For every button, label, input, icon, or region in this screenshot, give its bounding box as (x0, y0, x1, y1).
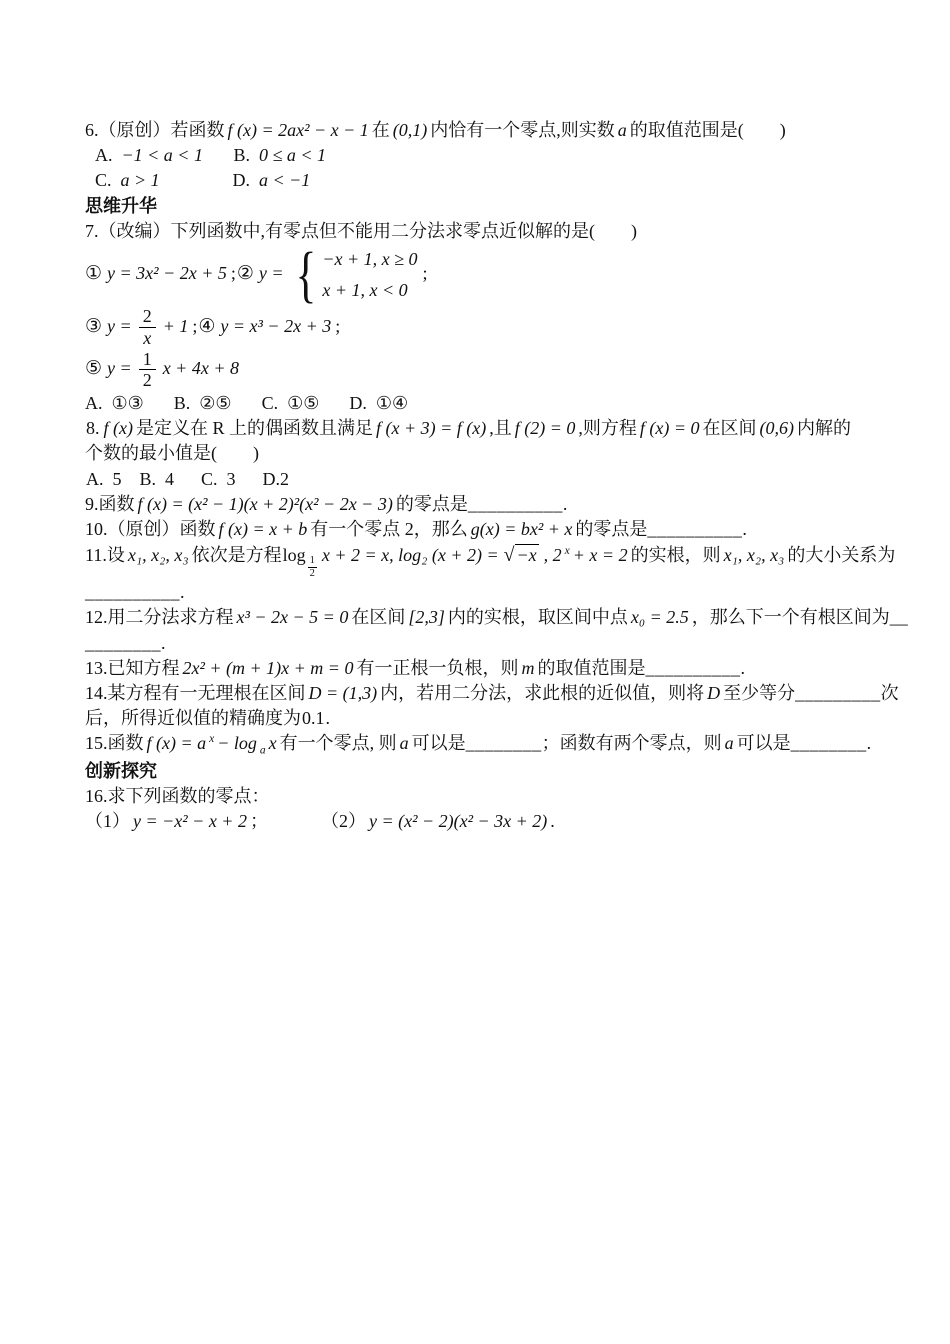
number-run: 8. (86, 418, 100, 438)
text-run: 的零点是 (396, 494, 468, 514)
exponent: x (209, 733, 214, 745)
question-16: 16.求下列函数的零点： (85, 784, 920, 809)
text-run: 6.（原创）若函数 (85, 120, 225, 140)
text-run: 的取值范围是 (537, 658, 645, 678)
text-run: 在区间 (703, 418, 757, 438)
math-run: x (269, 733, 277, 753)
math-run: x₀ = 2.5 (631, 607, 689, 627)
question-8-options: A. 5 B. 4 C. 3 D.2 (85, 467, 920, 492)
math-run: x + 2 = x, log₂ (x + 2) = (322, 545, 499, 565)
text-run: 的实根，则 (631, 545, 721, 565)
math-run: y = (107, 358, 132, 378)
numerator: 2 (139, 306, 156, 328)
text-run: 13.已知方程 (85, 658, 180, 678)
q7-formula-line-1: ①y = 3x² − 2x + 5;②y ={−x + 1, x ≥ 0x + … (85, 244, 920, 306)
text-run: 次 (881, 683, 899, 703)
separator: ; (422, 263, 427, 283)
option-value: a < −1 (259, 168, 371, 193)
math-run: m (521, 658, 534, 678)
option-value: ②⑤ (199, 393, 231, 413)
separator: ； (250, 811, 268, 831)
radical-sign: √ (504, 544, 515, 566)
text-run: ，那么下一个有根区间为__ (692, 607, 908, 627)
option-label: C. (262, 393, 279, 413)
option-label: B. (174, 393, 191, 413)
text-run: ,且 (489, 418, 512, 438)
q7-formula-line-3: ⑤y =12x + 4x + 8 (85, 349, 920, 391)
text-run: . (326, 708, 331, 728)
text-run: 15.函数 (85, 733, 144, 753)
question-10: 10.（原创）函数f (x) = x + b有一个零点 2，那么g(x) = b… (85, 517, 920, 542)
separator: ; (192, 316, 197, 336)
option-label: C. (95, 170, 112, 190)
text-run: . (740, 658, 745, 678)
subscript: a (260, 745, 266, 757)
text-run: 7.（改编）下列函数中,有零点但不能用二分法求零点近似解的是( ) (85, 221, 637, 241)
answer-blank: __________ (647, 519, 742, 539)
text-run: 可以是 (412, 733, 466, 753)
document-page: 6.（原创）若函数f (x) = 2ax² − x − 1在(0,1)内恰有一个… (0, 0, 950, 1344)
math-run: y = x³ − 2x + 3 (220, 316, 331, 336)
option-label: D. (233, 170, 251, 190)
math-run: x + 4x + 8 (163, 358, 239, 378)
math-run: x₁, x₂, x₃ (724, 545, 785, 565)
question-12-line-1: 12.用二分法求方程x³ − 2x − 5 = 0在区间[2,3]内的实根，取区… (85, 605, 920, 630)
text-run: 9.函数 (85, 494, 135, 514)
item-label: （1） (85, 811, 130, 831)
answer-blank: __________ (468, 494, 563, 514)
question-7-options: A.①③B.②⑤C.①⑤D.①④ (85, 391, 920, 416)
math-run: y = 3x² − 2x + 5 (107, 263, 227, 283)
piecewise-function: {−x + 1, x ≥ 0x + 1, x < 0 (291, 244, 418, 306)
text-run: 后，所得近似值的精确度为 (85, 708, 301, 728)
log-operator: log (283, 545, 306, 565)
text-run: ,则方程 (578, 418, 637, 438)
option-value: 0 ≤ a < 1 (259, 143, 371, 168)
circled-number: ⑤ (85, 358, 102, 379)
text-run: . (563, 494, 568, 514)
math-run: [2,3] (408, 607, 445, 627)
option-label: A. (85, 393, 103, 413)
text-run: 个数的最小值是( ) (85, 443, 259, 463)
math-run: y = (107, 316, 132, 336)
option-value: −1 < a < 1 (122, 143, 234, 168)
denominator: 2 (308, 568, 317, 580)
text-run: 内的实根，取区间中点 (448, 607, 628, 627)
answer-blank: __________ (645, 658, 740, 678)
circled-number: ④ (198, 316, 215, 337)
question-15: 15.函数f (x) = ax− logax有一个零点, 则a可以是______… (85, 731, 920, 759)
text-run: 11.设 (85, 545, 125, 565)
math-run: f (x) = a (147, 733, 207, 753)
question-11-line-1: 11.设x₁, x₂, x₃依次是方程log12x + 2 = x, log₂ … (85, 542, 920, 580)
circled-number: ② (237, 263, 254, 284)
text-run: 的取值范围是( ) (630, 120, 786, 140)
math-run: f (x) = x + b (219, 519, 308, 539)
question-6: 6.（原创）若函数f (x) = 2ax² − x − 1在(0,1)内恰有一个… (85, 118, 920, 143)
text-run: 有一正根一负根，则 (356, 658, 518, 678)
denominator: x (139, 328, 156, 349)
answer-blank: _________ (795, 683, 881, 703)
text-run: . (867, 733, 872, 753)
answer-blank: ________ (791, 733, 867, 753)
option-label: B. (234, 145, 251, 165)
math-run: g(x) = bx² + x (471, 519, 573, 539)
text-run: 是定义在 R 上的偶函数且满足 (136, 418, 373, 438)
question-16-formulas: （1）y = −x² − x + 2；（2）y = (x² − 2)(x² − … (85, 809, 920, 834)
piecewise-rows: −x + 1, x ≥ 0x + 1, x < 0 (322, 244, 417, 306)
option-label: A. (95, 145, 113, 165)
circled-number: ③ (85, 316, 102, 337)
text-run: 的零点是 (575, 519, 647, 539)
question-14-line-1: 14.某方程有一无理根在区间D = (1,3)内，若用二分法，求此根的近似值，则… (85, 681, 920, 706)
text-run: 16.求下列函数的零点： (85, 786, 270, 806)
math-run: D = (1,3) (309, 683, 378, 703)
math-run: a (725, 733, 734, 753)
section-header-chuangxin: 创新探究 (85, 759, 920, 784)
left-brace: { (295, 249, 316, 302)
header-text: 思维升华 (85, 196, 157, 216)
denominator: 2 (139, 370, 156, 391)
log-base-fraction: 12 (308, 555, 317, 580)
text-run: ；函数有两个零点，则 (542, 733, 722, 753)
radicand: −x (515, 544, 539, 565)
math-run: a (400, 733, 409, 753)
answer-blank: ________. (85, 633, 166, 653)
text-run: 在区间 (351, 607, 405, 627)
fraction: 12 (139, 349, 156, 391)
item-label: （2） (330, 811, 366, 831)
text-run: 内恰有一个零点,则实数 (430, 120, 615, 140)
question-11-line-2: __________. (85, 580, 920, 605)
separator: . (550, 811, 555, 831)
question-7: 7.（改编）下列函数中,有零点但不能用二分法求零点近似解的是( ) (85, 219, 920, 244)
answer-blank: ________ (466, 733, 542, 753)
text-run: 在 (372, 120, 390, 140)
circled-number: ① (85, 263, 102, 284)
separator: ; (335, 316, 340, 336)
math-run: x³ − 2x − 5 = 0 (237, 607, 349, 627)
q7-formula-line-2: ③y =2x+ 1;④y = x³ − 2x + 3; (85, 306, 920, 348)
text-run: 可以是 (737, 733, 791, 753)
answer-blank: __________. (85, 582, 185, 602)
numerator: 1 (139, 349, 156, 371)
option-value: a > 1 (121, 168, 233, 193)
text-run: 14.某方程有一无理根在区间 (85, 683, 306, 703)
math-run: f (x) (104, 418, 133, 438)
question-9: 9.函数f (x) = (x² − 1)(x + 2)²(x² − 2x − 3… (85, 492, 920, 517)
math-run: y = (x² − 2)(x² − 3x + 2) (369, 811, 547, 831)
option-value: ①④ (376, 393, 408, 413)
math-run: + x = 2 (573, 545, 628, 565)
text-run: 的大小关系为 (787, 545, 895, 565)
text-run: 内解的 (797, 418, 851, 438)
option-value: ①⑤ (287, 393, 319, 413)
math-run: D (707, 683, 720, 703)
math-run: (0,1) (393, 120, 428, 140)
math-run: (0,6) (760, 418, 795, 438)
exponent: x (565, 545, 570, 557)
question-13: 13.已知方程2x² + (m + 1)x + m = 0有一正根一负根，则m的… (85, 656, 920, 681)
piecewise-row: x + 1, x < 0 (322, 275, 417, 306)
fraction: 2x (139, 306, 156, 348)
text-run: 至少等分 (723, 683, 795, 703)
separator: ; (231, 263, 236, 283)
question-14-line-2: 后，所得近似值的精确度为0.1. (85, 706, 920, 731)
question-6-options-cd: C.a > 1D.a < −1 (85, 168, 920, 193)
sqrt-expression: √−x (504, 545, 539, 565)
text-run: 有一个零点 2，那么 (310, 519, 468, 539)
question-8-line-1: 8.f (x)是定义在 R 上的偶函数且满足f (x + 3) = f (x),… (85, 416, 920, 441)
math-run: , 2 (544, 545, 562, 565)
question-12-line-2: ________. (85, 631, 920, 656)
text-run: 10.（原创）函数 (85, 519, 216, 539)
number-run: 0.1 (302, 708, 325, 728)
math-run: f (x) = 0 (640, 418, 700, 438)
math-run: + 1 (163, 316, 189, 336)
question-8-line-2: 个数的最小值是( ) (85, 441, 920, 466)
math-run: y = (259, 263, 284, 283)
math-run: f (x + 3) = f (x) (376, 418, 486, 438)
math-run: f (x) = 2ax² − x − 1 (228, 120, 369, 140)
question-6-options-ab: A.−1 < a < 1B.0 ≤ a < 1 (85, 143, 920, 168)
math-run: y = −x² − x + 2 (133, 811, 247, 831)
text-run: 12.用二分法求方程 (85, 607, 234, 627)
text-run: 依次是方程 (192, 545, 282, 565)
text-run: 内，若用二分法，求此根的近似值，则将 (380, 683, 704, 703)
math-run: f (2) = 0 (515, 418, 576, 438)
piecewise-row: −x + 1, x ≥ 0 (322, 244, 417, 275)
math-run: 2x² + (m + 1)x + m = 0 (183, 658, 354, 678)
text-run: . (742, 519, 747, 539)
option-label: D. (349, 393, 367, 413)
math-run: a (618, 120, 627, 140)
header-text: 创新探究 (85, 761, 157, 781)
math-run: x₁, x₂, x₃ (128, 545, 189, 565)
math-run: − log (217, 733, 257, 753)
option-value: ①③ (112, 393, 144, 413)
options-run: A. 5 B. 4 C. 3 D.2 (86, 469, 289, 489)
section-header-siwei: 思维升华 (85, 194, 920, 219)
text-run: 有一个零点, 则 (280, 733, 397, 753)
math-run: f (x) = (x² − 1)(x + 2)²(x² − 2x − 3) (138, 494, 393, 514)
numerator: 1 (308, 555, 317, 568)
